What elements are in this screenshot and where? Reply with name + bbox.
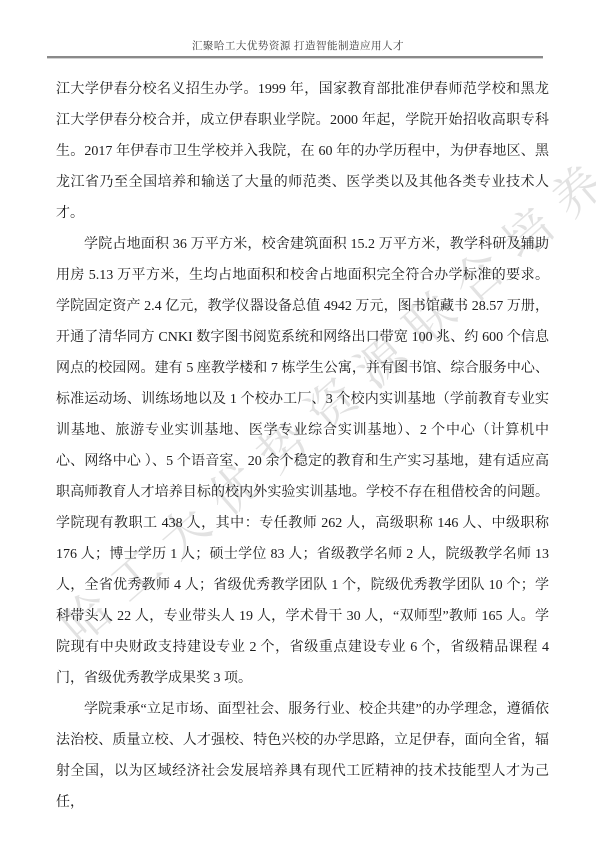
body-paragraph-campus-facts: 学院占地面积 36 万平方米，校舍建筑面积 15.2 万平方米，教学科研及辅助用… [56,229,549,694]
body-paragraph-continuation: 江大学伊春分校名义招生办学。1999 年，国家教育部批准伊春师范学校和黑龙江大学… [56,74,549,229]
document-page: 哈工大优势资源联合培养 汇聚哈工大优势资源 打造智能制造应用人才 江大学伊春分校… [0,0,596,842]
page-number: 8 [0,763,596,774]
body-paragraph-philosophy: 学院秉承“立足市场、面型社会、服务行业、校企共建”的办学理念，遵循依法治校、质量… [56,694,549,818]
document-body: 江大学伊春分校名义招生办学。1999 年，国家教育部批准伊春师范学校和黑龙江大学… [56,74,549,818]
page-header-title: 汇聚哈工大优势资源 打造智能制造应用人才 [0,40,596,53]
header-rule [47,56,543,58]
